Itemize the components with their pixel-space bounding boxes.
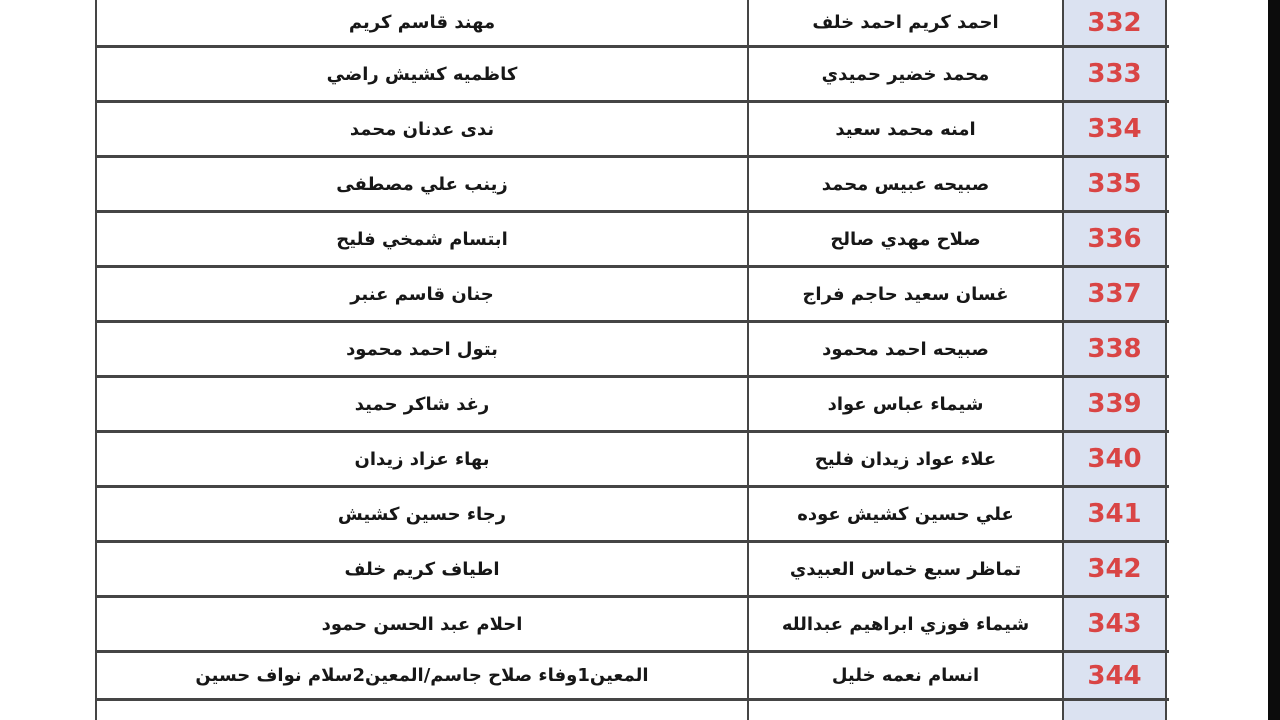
name: صبيحه عبيس محمد	[822, 174, 990, 195]
row-index: 338	[1087, 334, 1141, 364]
table-row: جنان قاسم عنبر غسان سعيد حاجم فراج 337	[97, 268, 1169, 323]
table-row: ابتسام شمخي فليح صلاح مهدي صالح 336	[97, 213, 1169, 268]
row-index-cell: 340	[1062, 433, 1167, 485]
name: علي حسين كشيش عوده	[797, 504, 1014, 525]
table-row: كاظميه كشيش راضي محمد خضير حميدي 333	[97, 48, 1169, 103]
name-cell: امنه محمد سعيد	[747, 103, 1062, 155]
table-row: بهاء عزاد زيدان علاء عواد زيدان فليح 340	[97, 433, 1169, 488]
secondary-name: بهاء عزاد زيدان	[354, 449, 489, 470]
partial-row	[97, 701, 1169, 720]
row-index-cell	[1062, 701, 1167, 720]
name-cell: انسام نعمه خليل	[747, 653, 1062, 698]
table-row: رجاء حسين كشيش علي حسين كشيش عوده 341	[97, 488, 1169, 543]
name: غسان سعيد حاجم فراج	[802, 284, 1008, 305]
row-index: 340	[1087, 444, 1141, 474]
secondary-name-cell: احلام عبد الحسن حمود	[97, 598, 747, 650]
table-row: مهند قاسم كريم احمد كريم احمد خلف 332	[97, 0, 1169, 48]
row-index-cell: 343	[1062, 598, 1167, 650]
name-cell: صبيحه احمد محمود	[747, 323, 1062, 375]
right-edge-strip	[1268, 0, 1280, 720]
secondary-name-cell: بتول احمد محمود	[97, 323, 747, 375]
row-index: 343	[1087, 609, 1141, 639]
table-row: بتول احمد محمود صبيحه احمد محمود 338	[97, 323, 1169, 378]
name: شيماء عباس عواد	[828, 394, 984, 415]
row-index-cell: 335	[1062, 158, 1167, 210]
secondary-name: رجاء حسين كشيش	[338, 504, 506, 525]
row-index-cell: 336	[1062, 213, 1167, 265]
row-index: 332	[1087, 8, 1141, 38]
name-cell: صلاح مهدي صالح	[747, 213, 1062, 265]
name: انسام نعمه خليل	[832, 665, 979, 686]
name-cell: محمد خضير حميدي	[747, 48, 1062, 100]
secondary-name-cell: اطياف كريم خلف	[97, 543, 747, 595]
name: صلاح مهدي صالح	[830, 229, 980, 250]
name-cell: تماظر سبع خماس العبيدي	[747, 543, 1062, 595]
secondary-name: بتول احمد محمود	[346, 339, 498, 360]
row-index: 337	[1087, 279, 1141, 309]
name-cell: شيماء فوزي ابراهيم عبدالله	[747, 598, 1062, 650]
name-cell: علاء عواد زيدان فليح	[747, 433, 1062, 485]
secondary-name: جنان قاسم عنبر	[350, 284, 494, 305]
secondary-name: احلام عبد الحسن حمود	[322, 614, 523, 635]
row-index-cell: 341	[1062, 488, 1167, 540]
name: محمد خضير حميدي	[822, 64, 990, 85]
row-index: 339	[1087, 389, 1141, 419]
table-row: زينب علي مصطفى صبيحه عبيس محمد 335	[97, 158, 1169, 213]
name-cell: علي حسين كشيش عوده	[747, 488, 1062, 540]
secondary-name: كاظميه كشيش راضي	[327, 64, 518, 85]
secondary-name-cell: كاظميه كشيش راضي	[97, 48, 747, 100]
secondary-name-cell: ابتسام شمخي فليح	[97, 213, 747, 265]
name: شيماء فوزي ابراهيم عبدالله	[782, 614, 1029, 635]
row-index-cell: 344	[1062, 653, 1167, 698]
table-row: احلام عبد الحسن حمود شيماء فوزي ابراهيم …	[97, 598, 1169, 653]
row-index: 335	[1087, 169, 1141, 199]
name-cell: غسان سعيد حاجم فراج	[747, 268, 1062, 320]
table-row: رغد شاكر حميد شيماء عباس عواد 339	[97, 378, 1169, 433]
secondary-name: ابتسام شمخي فليح	[336, 229, 507, 250]
row-index: 333	[1087, 59, 1141, 89]
secondary-name: ندى عدنان محمد	[350, 119, 494, 140]
secondary-name: اطياف كريم خلف	[345, 559, 500, 580]
secondary-name: رغد شاكر حميد	[355, 394, 490, 415]
secondary-name-cell	[97, 701, 747, 720]
secondary-name-cell: زينب علي مصطفى	[97, 158, 747, 210]
row-index: 336	[1087, 224, 1141, 254]
name: تماظر سبع خماس العبيدي	[790, 559, 1021, 580]
row-index-cell: 338	[1062, 323, 1167, 375]
row-index-cell: 342	[1062, 543, 1167, 595]
secondary-name: مهند قاسم كريم	[349, 12, 495, 33]
secondary-name-cell: رجاء حسين كشيش	[97, 488, 747, 540]
name-cell: صبيحه عبيس محمد	[747, 158, 1062, 210]
name-cell: شيماء عباس عواد	[747, 378, 1062, 430]
secondary-name-cell: ندى عدنان محمد	[97, 103, 747, 155]
name-cell	[747, 701, 1062, 720]
name: احمد كريم احمد خلف	[812, 12, 998, 33]
row-index: 334	[1087, 114, 1141, 144]
row-index-cell: 332	[1062, 0, 1167, 45]
table-row: ندى عدنان محمد امنه محمد سعيد 334	[97, 103, 1169, 158]
secondary-name: زينب علي مصطفى	[336, 174, 508, 195]
name: علاء عواد زيدان فليح	[815, 449, 996, 470]
name: امنه محمد سعيد	[835, 119, 975, 140]
secondary-name: المعين1وفاء صلاح جاسم/المعين2سلام نواف ح…	[195, 665, 648, 686]
table-row: المعين1وفاء صلاح جاسم/المعين2سلام نواف ح…	[97, 653, 1169, 701]
secondary-name-cell: بهاء عزاد زيدان	[97, 433, 747, 485]
row-index: 344	[1087, 661, 1141, 691]
row-index-cell: 339	[1062, 378, 1167, 430]
row-index: 342	[1087, 554, 1141, 584]
table-row: اطياف كريم خلف تماظر سبع خماس العبيدي 34…	[97, 543, 1169, 598]
secondary-name-cell: جنان قاسم عنبر	[97, 268, 747, 320]
names-table: مهند قاسم كريم احمد كريم احمد خلف 332 كا…	[95, 0, 1169, 720]
row-index-cell: 337	[1062, 268, 1167, 320]
name-cell: احمد كريم احمد خلف	[747, 0, 1062, 45]
name: صبيحه احمد محمود	[822, 339, 989, 360]
secondary-name-cell: مهند قاسم كريم	[97, 0, 747, 45]
row-index: 341	[1087, 499, 1141, 529]
secondary-name-cell: المعين1وفاء صلاح جاسم/المعين2سلام نواف ح…	[97, 653, 747, 698]
row-index-cell: 334	[1062, 103, 1167, 155]
secondary-name-cell: رغد شاكر حميد	[97, 378, 747, 430]
document-page: مهند قاسم كريم احمد كريم احمد خلف 332 كا…	[0, 0, 1280, 720]
row-index-cell: 333	[1062, 48, 1167, 100]
